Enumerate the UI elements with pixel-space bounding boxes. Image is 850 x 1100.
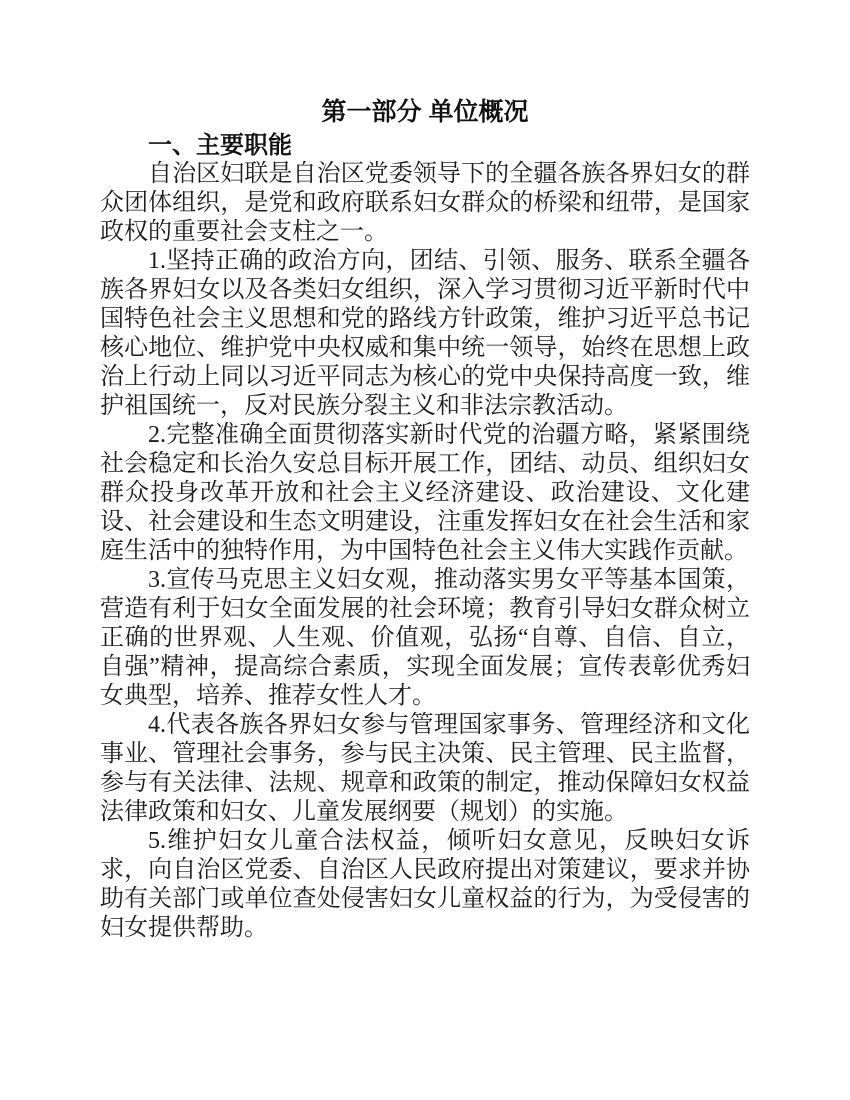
section-heading: 一、主要职能 (100, 131, 750, 160)
paragraph-2: 2.完整准确全面贯彻落实新时代党的治疆方略，紧紧围绕社会稳定和长治久安总目标开展… (100, 421, 750, 566)
paragraph-5: 5.维护妇女儿童合法权益，倾听妇女意见，反映妇女诉求，向自治区党委、自治区人民政… (100, 827, 750, 943)
paragraph-3: 3.宣传马克思主义妇女观，推动落实男女平等基本国策，营造有利于妇女全面发展的社会… (100, 566, 750, 711)
paragraph-list: 自治区妇联是自治区党委领导下的全疆各族各界妇女的群众团体组织，是党和政府联系妇女… (100, 160, 750, 943)
paragraph-1: 1.坚持正确的政治方向，团结、引领、服务、联系全疆各族各界妇女以及各类妇女组织，… (100, 247, 750, 421)
paragraph-4: 4.代表各族各界妇女参与管理国家事务、管理经济和文化事业、管理社会事务，参与民主… (100, 711, 750, 827)
paragraph-0: 自治区妇联是自治区党委领导下的全疆各族各界妇女的群众团体组织，是党和政府联系妇女… (100, 160, 750, 247)
document-title: 第一部分 单位概况 (100, 97, 750, 127)
document-page: 第一部分 单位概况 一、主要职能 自治区妇联是自治区党委领导下的全疆各族各界妇女… (0, 0, 850, 1100)
